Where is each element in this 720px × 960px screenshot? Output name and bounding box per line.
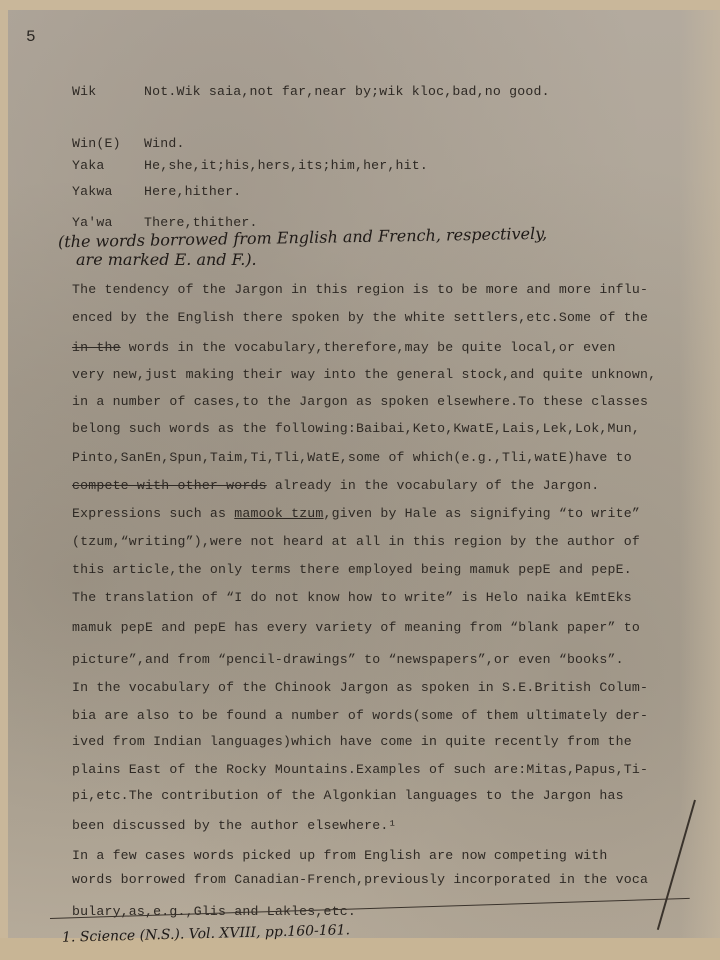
vocab-term: Ya'wa [72, 215, 144, 230]
paragraph-line: pi,etc.The contribution of the Algonkian… [72, 788, 624, 803]
paragraph-line: been discussed by the author elsewhere.¹ [72, 818, 397, 833]
paragraph-line: The translation of “I do not know how to… [72, 590, 632, 605]
vocab-term: Win(E) [72, 136, 144, 151]
vocab-entry: YakaHe,she,it;his,hers,its;him,her,hit. [72, 158, 428, 173]
paragraph-line: words borrowed from Canadian-French,prev… [72, 872, 648, 887]
paragraph-line: Pinto,SanEn,Spun,Taim,Ti,Tli,WatE,some o… [72, 450, 632, 465]
paragraph-line: The tendency of the Jargon in this regio… [72, 282, 648, 297]
vocab-definition: He,she,it;his,hers,its;him,her,hit. [144, 158, 428, 173]
vocab-definition: There,thither. [144, 215, 258, 230]
paragraph-line: ived from Indian languages)which have co… [72, 734, 632, 749]
line-text: Expressions such as [72, 506, 234, 521]
paragraph-line: plains East of the Rocky Mountains.Examp… [72, 762, 648, 777]
handwritten-note-line2: are marked E. and F.). [76, 250, 257, 269]
paragraph-line: Expressions such as mamook tzum,given by… [72, 506, 640, 521]
paragraph-line: In the vocabulary of the Chinook Jargon … [72, 680, 648, 695]
underlined-term: mamook tzum [234, 506, 323, 521]
vocab-entry: Ya'waThere,thither. [72, 215, 258, 230]
struck-text: compete with other words [72, 478, 267, 493]
paragraph-line: (tzum,“writing”),were not heard at all i… [72, 534, 640, 549]
struck-text: in the [72, 340, 121, 355]
paragraph-line: belong such words as the following:Baiba… [72, 421, 640, 436]
line-text: ,given by Hale as signifying “to write” [324, 506, 640, 521]
line-text: words in the vocabulary,therefore,may be… [121, 340, 616, 355]
vocab-entry: Win(E)Wind. [72, 136, 185, 151]
vocab-definition: Not.Wik saia,not far,near by;wik kloc,ba… [144, 84, 550, 99]
vocab-term: Wik [72, 84, 144, 99]
vocab-entry: WikNot.Wik saia,not far,near by;wik kloc… [72, 84, 550, 99]
paragraph-line: in a number of cases,to the Jargon as sp… [72, 394, 648, 409]
page-edge-shadow [680, 10, 720, 960]
vocab-entry: YakwaHere,hither. [72, 184, 241, 199]
paragraph-line: mamuk pepE and pepE has every variety of… [72, 620, 640, 635]
vocab-term: Yakwa [72, 184, 144, 199]
line-text: already in the vocabulary of the Jargon. [267, 478, 600, 493]
paragraph-line: compete with other words already in the … [72, 478, 599, 493]
corner-mark: 5 [26, 28, 36, 46]
vocab-definition: Wind. [144, 136, 185, 151]
paragraph-line: enced by the English there spoken by the… [72, 310, 648, 325]
vocab-definition: Here,hither. [144, 184, 241, 199]
paragraph-line: very new,just making their way into the … [72, 367, 656, 382]
paragraph-line: In a few cases words picked up from Engl… [72, 848, 608, 863]
paragraph-line: picture”,and from “pencil-drawings” to “… [72, 652, 624, 667]
paragraph-line: in the words in the vocabulary,therefore… [72, 340, 616, 355]
paragraph-line: bia are also to be found a number of wor… [72, 708, 648, 723]
paragraph-line: this article,the only terms there employ… [72, 562, 632, 577]
vocab-term: Yaka [72, 158, 144, 173]
